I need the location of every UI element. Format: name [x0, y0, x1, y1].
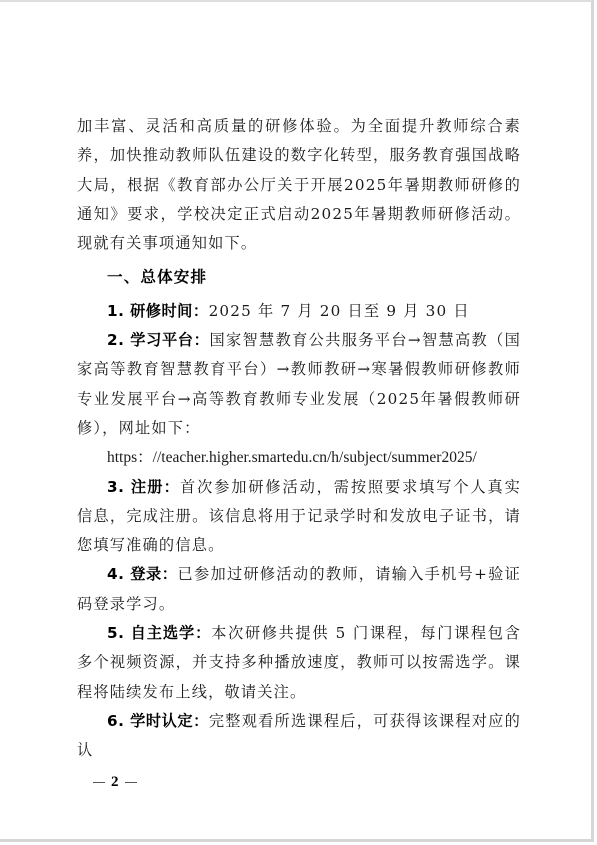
item-learning-platform: 2. 学习平台：国家智慧教育公共服务平台→智慧高教（国家高等教育智慧教育平台）→…	[77, 326, 521, 443]
item-label: 3. 注册：	[107, 478, 180, 496]
item-label: 1. 研修时间：	[107, 302, 209, 320]
page-number-value: 2	[111, 774, 119, 791]
item-label: 6. 学时认定：	[107, 712, 209, 730]
item-self-selected-study: 5. 自主选学：本次研修共提供 5 门课程，每门课程包含多个视频资源，并支持多种…	[77, 619, 521, 707]
document-body: 加丰富、灵活和高质量的研修体验。为全面提升教师综合素养，加快推动教师队伍建设的数…	[77, 112, 521, 766]
platform-url-link[interactable]: https：//teacher.higher.smartedu.cn/h/sub…	[107, 449, 477, 466]
document-page: 加丰富、灵活和高质量的研修体验。为全面提升教师综合素养，加快推动教师队伍建设的数…	[0, 0, 594, 842]
item-label: 2. 学习平台：	[107, 331, 209, 349]
item-credit-hours: 6. 学时认定：完整观看所选课程后，可获得该课程对应的认	[77, 707, 521, 766]
item-study-period: 1. 研修时间：2025 年 7 月 20 日至 9 月 30 日	[77, 297, 521, 326]
intro-paragraph: 加丰富、灵活和高质量的研修体验。为全面提升教师综合素养，加快推动教师队伍建设的数…	[77, 112, 521, 258]
item-text: 2025 年 7 月 20 日至 9 月 30 日	[209, 302, 470, 320]
section-heading: 一、总体安排	[77, 263, 521, 292]
item-registration: 3. 注册：首次参加研修活动，需按照要求填写个人真实信息，完成注册。该信息将用于…	[77, 473, 521, 561]
dash-right	[125, 782, 137, 783]
platform-url: https：//teacher.higher.smartedu.cn/h/sub…	[77, 443, 521, 472]
page-number: 2	[93, 774, 137, 791]
item-label: 4. 登录：	[107, 565, 178, 583]
dash-left	[93, 782, 105, 783]
item-label: 5. 自主选学：	[107, 624, 211, 642]
item-login: 4. 登录：已参加过研修活动的教师，请输入手机号+验证码登录学习。	[77, 560, 521, 619]
